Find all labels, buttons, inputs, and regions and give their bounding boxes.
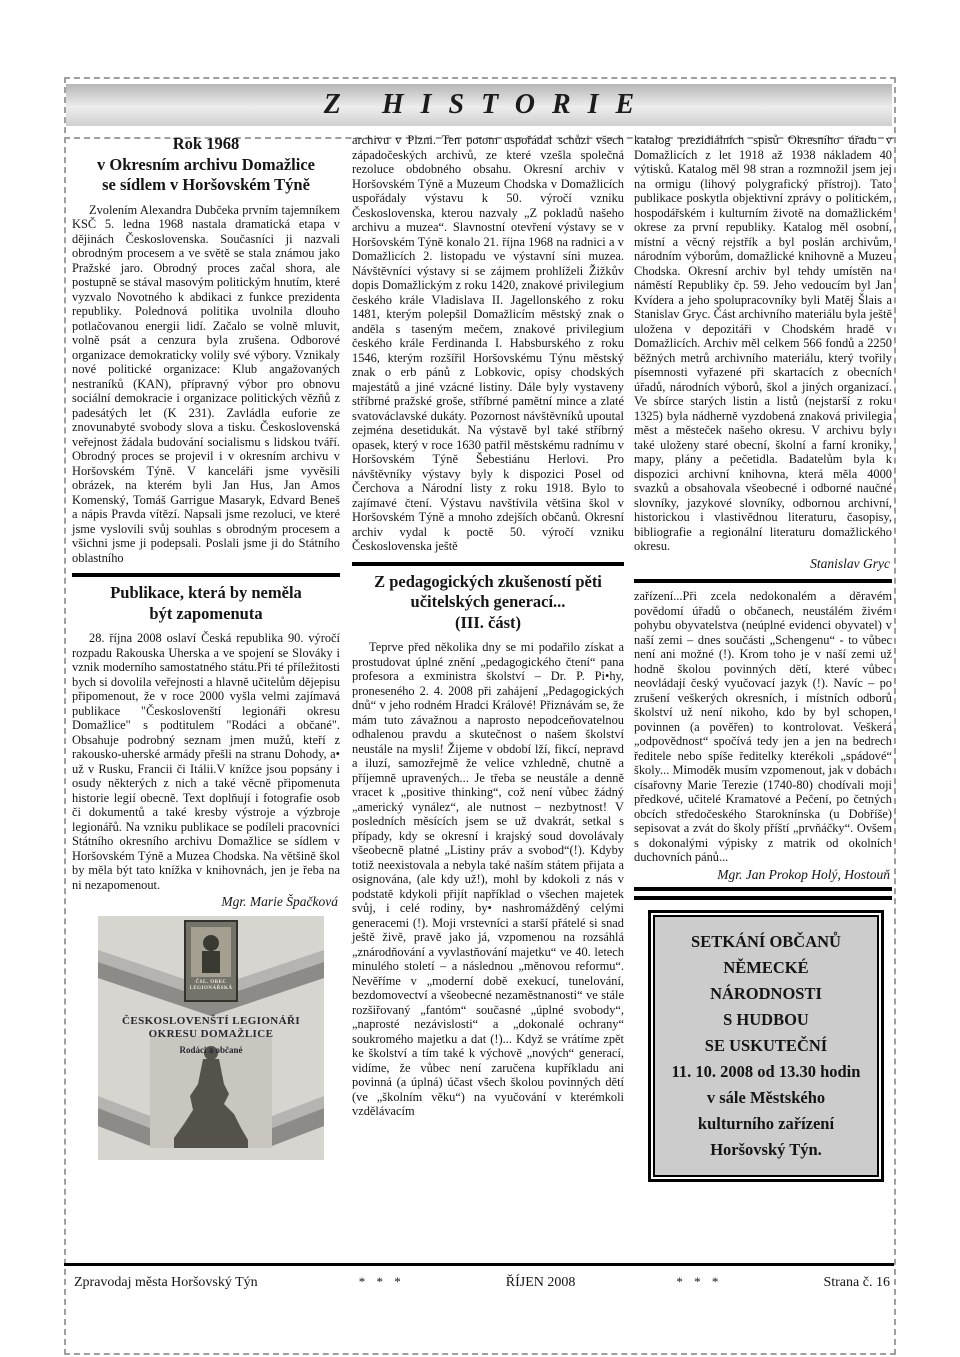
footer-publication: Zpravodaj města Horšovský Týn [74,1275,258,1291]
article-pedagogicke-title: Z pedagogických zkušeností pěti učitelsk… [352,572,624,634]
announcement-text: SETKÁNÍ OBČANŮ NĚMECKÉ NÁRODNOSTI S HUDB… [653,915,879,1177]
footer-issue: ŘÍJEN 2008 [506,1275,576,1291]
article-publikace-text: 28. října 2008 oslaví Česká republika 90… [72,631,340,892]
footer-page-number: Strana č. 16 [823,1275,889,1291]
article-publikace-author: Mgr. Marie Špačková [72,895,338,910]
book-cover-title: ČESKOSLOVENŠTÍ LEGIONÁŘI OKRESU DOMAŽLIC… [98,1015,324,1042]
column-2: archivu v Plzni. Ten potom uspořádal sch… [352,133,624,1121]
column-3: katalog prezidiálních spisů Okresního úř… [634,133,892,1182]
section-divider [352,562,624,566]
section-title: Z HISTORIE [307,89,651,121]
footer: Zpravodaj města Horšovský Týn * * * ŘÍJE… [74,1274,890,1291]
footer-separator-left: * * * [359,1274,405,1290]
article-publikace-title: Publikace, která by neměla být zapomenut… [72,583,340,624]
announcement-box: SETKÁNÍ OBČANŮ NĚMECKÉ NÁRODNOSTI S HUDB… [648,910,884,1182]
footer-divider [64,1263,894,1266]
column-1: Rok 1968 v Okresním archivu Domažlice se… [72,133,340,1160]
article-pedagogicke-text-col3: zařízení...Při zcela nedokonalém a děrav… [634,589,892,865]
section-masthead: Z HISTORIE [66,84,892,126]
book-cover-subtitle: Rodáci a občané [98,1043,324,1058]
footer-separator-right: * * * [676,1274,722,1290]
article-rok1968-text-col1: Zvolením Alexandra Dubčeka prvním tajemn… [72,203,340,566]
newsletter-page: Z HISTORIE Rok 1968 v Okresním archivu D… [0,0,960,1357]
book-cover-badge-label: ČSL. OBEC LEGIONÁŘSKÁ [98,980,324,992]
article-pedagogicke-author: Mgr. Jan Prokop Holý, Hostouň [634,868,890,883]
article-rok1968-text-col2: archivu v Plzni. Ten potom uspořádal sch… [352,133,624,554]
article-rok1968-text-col3: katalog prezidiálních spisů Okresního úř… [634,133,892,554]
article-rok1968-title: Rok 1968 v Okresním archivu Domažlice se… [72,134,340,196]
article-rok1968-author: Stanislav Gryc [634,557,890,572]
announcement-divider-bottom [634,896,892,900]
announcement-divider-top [634,887,892,891]
article-pedagogicke-text-col2: Teprve před několika dny se mi podařilo … [352,640,624,1119]
section-divider [72,573,340,577]
book-cover-image: ČSL. OBEC LEGIONÁŘSKÁ ČESKOSLOVENŠTÍ LEG… [98,916,324,1160]
section-divider [634,579,892,583]
